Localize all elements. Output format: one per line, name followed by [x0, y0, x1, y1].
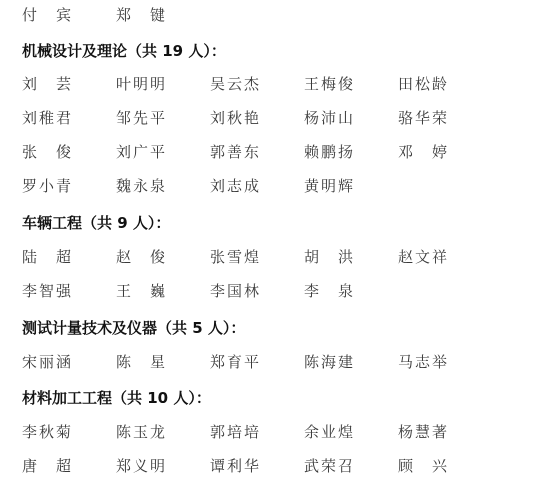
- student-name: 郑育平: [210, 351, 261, 372]
- name-row: 付 宾 郑 键: [0, 4, 540, 28]
- student-name: 赖鹏扬: [304, 141, 355, 162]
- student-name: 王梅俊: [304, 73, 355, 94]
- student-name: 魏永泉: [116, 175, 167, 196]
- student-name: 宋丽涵: [22, 351, 73, 372]
- student-name: 杨沛山: [304, 107, 355, 128]
- student-name: 谭利华: [210, 455, 261, 476]
- student-name: 邹先平: [116, 107, 167, 128]
- student-name: 赵文祥: [398, 246, 449, 267]
- section-heading-mechanical-design: 机械设计及理论（共 19 人）：: [22, 40, 226, 61]
- student-name: 黄明辉: [304, 175, 355, 196]
- student-name: 刘稚君: [22, 107, 73, 128]
- student-name: 陈玉龙: [116, 421, 167, 442]
- student-name: 骆华荣: [398, 107, 449, 128]
- student-name: 杨慧著: [398, 421, 449, 442]
- student-name: 刘志成: [210, 175, 261, 196]
- name-row: 陆 超 赵 俊 张雪煌 胡 洪 赵文祥: [0, 246, 540, 270]
- section-heading-vehicle-engineering: 车辆工程（共 9 人）：: [22, 212, 170, 233]
- name-row: 刘 芸 叶明明 吴云杰 王梅俊 田松龄: [0, 73, 540, 97]
- student-name: 郭培培: [210, 421, 261, 442]
- section-heading-materials-processing: 材料加工工程（共 10 人）：: [22, 387, 211, 408]
- student-name: 张雪煌: [210, 246, 261, 267]
- name-row: 罗小青 魏永泉 刘志成 黄明辉: [0, 175, 540, 199]
- name-row: 张 俊 刘广平 郭善东 赖鹏扬 邓 婷: [0, 141, 540, 165]
- section-heading-measurement-instruments: 测试计量技术及仪器（共 5 人）：: [22, 317, 245, 338]
- student-name: 陈 星: [116, 351, 167, 372]
- student-name: 武荣召: [304, 455, 355, 476]
- student-name: 李国林: [210, 280, 261, 301]
- student-name: 叶明明: [116, 73, 167, 94]
- student-name: 陆 超: [22, 246, 73, 267]
- student-name: 胡 洪: [304, 246, 355, 267]
- student-name: 马志举: [398, 351, 449, 372]
- student-name: 田松龄: [398, 73, 449, 94]
- student-name: 李 泉: [304, 280, 355, 301]
- student-name: 赵 俊: [116, 246, 167, 267]
- student-name: 付 宾: [22, 4, 73, 25]
- student-name: 刘 芸: [22, 73, 73, 94]
- student-name: 顾 兴: [398, 455, 449, 476]
- student-name: 李智强: [22, 280, 73, 301]
- name-row: 刘稚君 邹先平 刘秋艳 杨沛山 骆华荣: [0, 107, 540, 131]
- name-row: 李智强 王 巍 李国林 李 泉: [0, 280, 540, 304]
- student-name: 刘秋艳: [210, 107, 261, 128]
- student-name: 罗小青: [22, 175, 73, 196]
- student-name: 张 俊: [22, 141, 73, 162]
- student-name: 陈海建: [304, 351, 355, 372]
- student-name: 郑 键: [116, 4, 167, 25]
- name-row: 唐 超 郑义明 谭利华 武荣召 顾 兴: [0, 455, 540, 477]
- student-name: 郑义明: [116, 455, 167, 476]
- student-name: 吴云杰: [210, 73, 261, 94]
- name-row: 宋丽涵 陈 星 郑育平 陈海建 马志举: [0, 351, 540, 375]
- student-name: 王 巍: [116, 280, 167, 301]
- student-name: 邓 婷: [398, 141, 449, 162]
- student-name: 唐 超: [22, 455, 73, 476]
- student-name: 郭善东: [210, 141, 261, 162]
- name-row: 李秋菊 陈玉龙 郭培培 余业煌 杨慧著: [0, 421, 540, 445]
- student-name: 余业煌: [304, 421, 355, 442]
- student-name: 刘广平: [116, 141, 167, 162]
- student-name: 李秋菊: [22, 421, 73, 442]
